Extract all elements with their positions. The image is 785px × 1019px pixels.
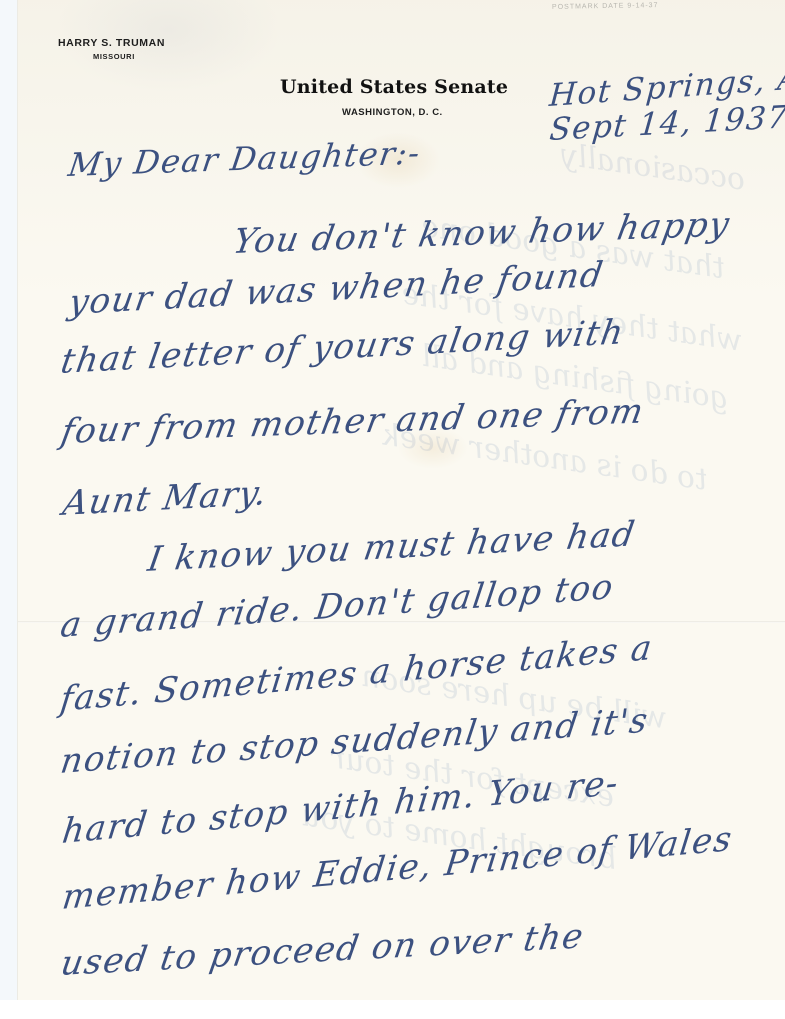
letterhead-sender-name: HARRY S. TRUMAN (58, 37, 165, 49)
scan-bottom-margin (0, 1000, 785, 1019)
scan-left-margin (0, 0, 18, 1019)
letterhead-sender-state: MISSOURI (93, 52, 135, 61)
letterhead-institution: United States Senate (280, 76, 508, 98)
letterhead-city: WASHINGTON, D. C. (342, 107, 443, 118)
